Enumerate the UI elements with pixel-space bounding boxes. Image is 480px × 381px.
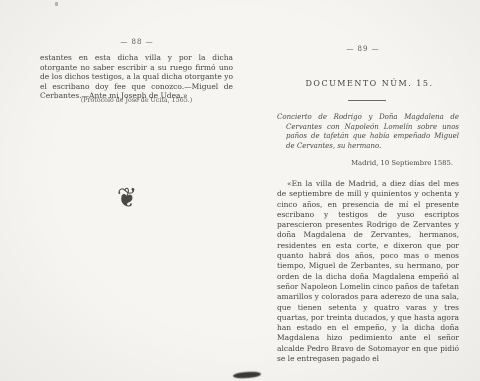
- fleuron-ornament-icon: ❦: [110, 182, 144, 214]
- document-summary: Concierto de Rodrigo y Doña Magdalena de…: [277, 113, 459, 151]
- page-right: — 89 — DOCUMENTO NÚM. 15. Concierto de R…: [240, 0, 480, 381]
- document-body-paragraph: «En la villa de Madrid, a diez días del …: [277, 179, 459, 364]
- book-scan: — 88 — estantes en esta dicha villa y po…: [0, 0, 480, 381]
- page-left: — 88 — estantes en esta dicha villa y po…: [0, 0, 240, 381]
- heading-rule: [348, 100, 386, 101]
- right-page-number: — 89 —: [323, 45, 403, 53]
- left-page-number: — 88 —: [97, 38, 177, 46]
- left-page-source-note: (Protocolo de José de Ucita, 1565.): [40, 97, 233, 104]
- document-heading: DOCUMENTO NÚM. 15.: [277, 79, 462, 88]
- left-page-paragraph: estantes en esta dicha villa y por la di…: [40, 53, 233, 101]
- document-dateline: Madrid, 10 Septiembre 1585.: [277, 159, 459, 167]
